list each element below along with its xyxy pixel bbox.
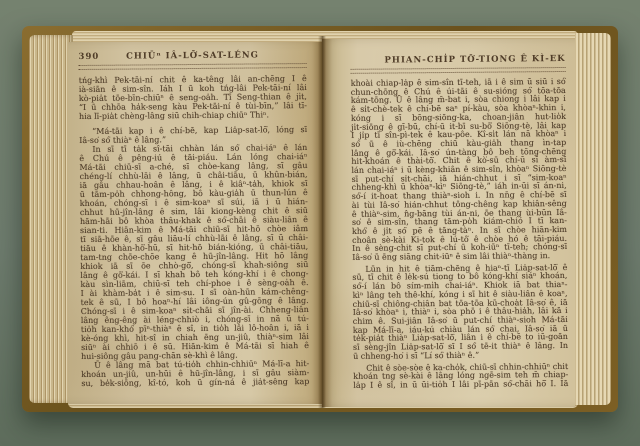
right-running-header: PHIAN-CHI̍P TÔ͘-TIONG Ê KÌ-EK 391 — [350, 54, 565, 66]
header-rule — [79, 63, 307, 70]
left-page-content: 390 CHIŪⁿ IÂ-LŌ͘-SAT-LÉNG tńg-khì Pek-tā… — [68, 42, 322, 404]
paragraph: Ū ê lâng mā bat tú-tio̍h chhin-chhiūⁿ Má… — [81, 359, 309, 388]
paragraph: Lūn in hit ê tiām-chēng ê hiaⁿ-tī Lia̍p-… — [352, 264, 568, 362]
text-line: Iâ-so͘ ū ēng siāng chit-iūⁿ ê sim lâi th… — [352, 252, 567, 263]
right-page-content: PHIAN-CHI̍P TÔ͘-TIONG Ê KÌ-EK 391 khoài … — [322, 39, 575, 407]
left-page-number: 390 — [78, 52, 112, 62]
right-header-title: PHIAN-CHI̍P TÔ͘-TIONG Ê KÌ-EK — [384, 54, 565, 66]
text-line: la̍p I ê sî, in ū ūi-tio̍h I lâi pī-pān … — [353, 380, 568, 391]
book-gutter — [318, 36, 326, 408]
page-edges-right — [575, 33, 611, 405]
text-line: su, be̍k-siōng, kî-tó, koh ū gín-ná ê ji… — [81, 377, 309, 388]
paragraph: Chit ê sòe-sòe ê ka-cho̍k, chiū-sī chhin… — [353, 362, 568, 390]
paragraph: In sī tī ta̍k sî-tāi chhàn lán só͘ chai-… — [79, 143, 309, 361]
left-page: 390 CHIŪⁿ IÂ-LŌ͘-SAT-LÉNG tńg-khì Pek-tā… — [68, 42, 322, 404]
paragraph: khoài chiap-la̍p ê sim-sîn tī-teh, iā i … — [351, 78, 568, 263]
left-page-text: tńg-khì Pek-tāi-ní chit ê ka-têng lâi an… — [79, 74, 310, 388]
photo-background: 390 CHIŪⁿ IÂ-LŌ͘-SAT-LÉNG tńg-khì Pek-tā… — [0, 0, 640, 446]
page-edges-left — [29, 35, 73, 403]
left-header-title: CHIŪⁿ IÂ-LŌ͘-SAT-LÉNG — [112, 50, 272, 61]
right-page-number: 391 — [566, 54, 575, 64]
paragraph: tńg-khì Pek-tāi-ní chit ê ka-têng lâi an… — [79, 74, 307, 121]
left-running-header: 390 CHIŪⁿ IÂ-LŌ͘-SAT-LÉNG — [78, 50, 306, 62]
open-book: 390 CHIŪⁿ IÂ-LŌ͘-SAT-LÉNG tńg-khì Pek-tā… — [22, 26, 618, 412]
text-line: ū chheng-ho͘ i sī “Lí só͘ thiàⁿ ê.” — [353, 351, 568, 362]
right-page: PHIAN-CHI̍P TÔ͘-TIONG Ê KÌ-EK 391 khoài … — [322, 39, 575, 407]
paragraph: “Má-tāi kap i ê chí-bē, kap Lia̍p-sat-lō… — [79, 125, 307, 145]
header-rule — [351, 67, 566, 74]
right-page-text: khoài chiap-la̍p ê sim-sîn tī-teh, iā i … — [351, 78, 569, 390]
text-line: hia lī-pia̍t chèng-lâng siū chih-chiap c… — [79, 110, 307, 121]
